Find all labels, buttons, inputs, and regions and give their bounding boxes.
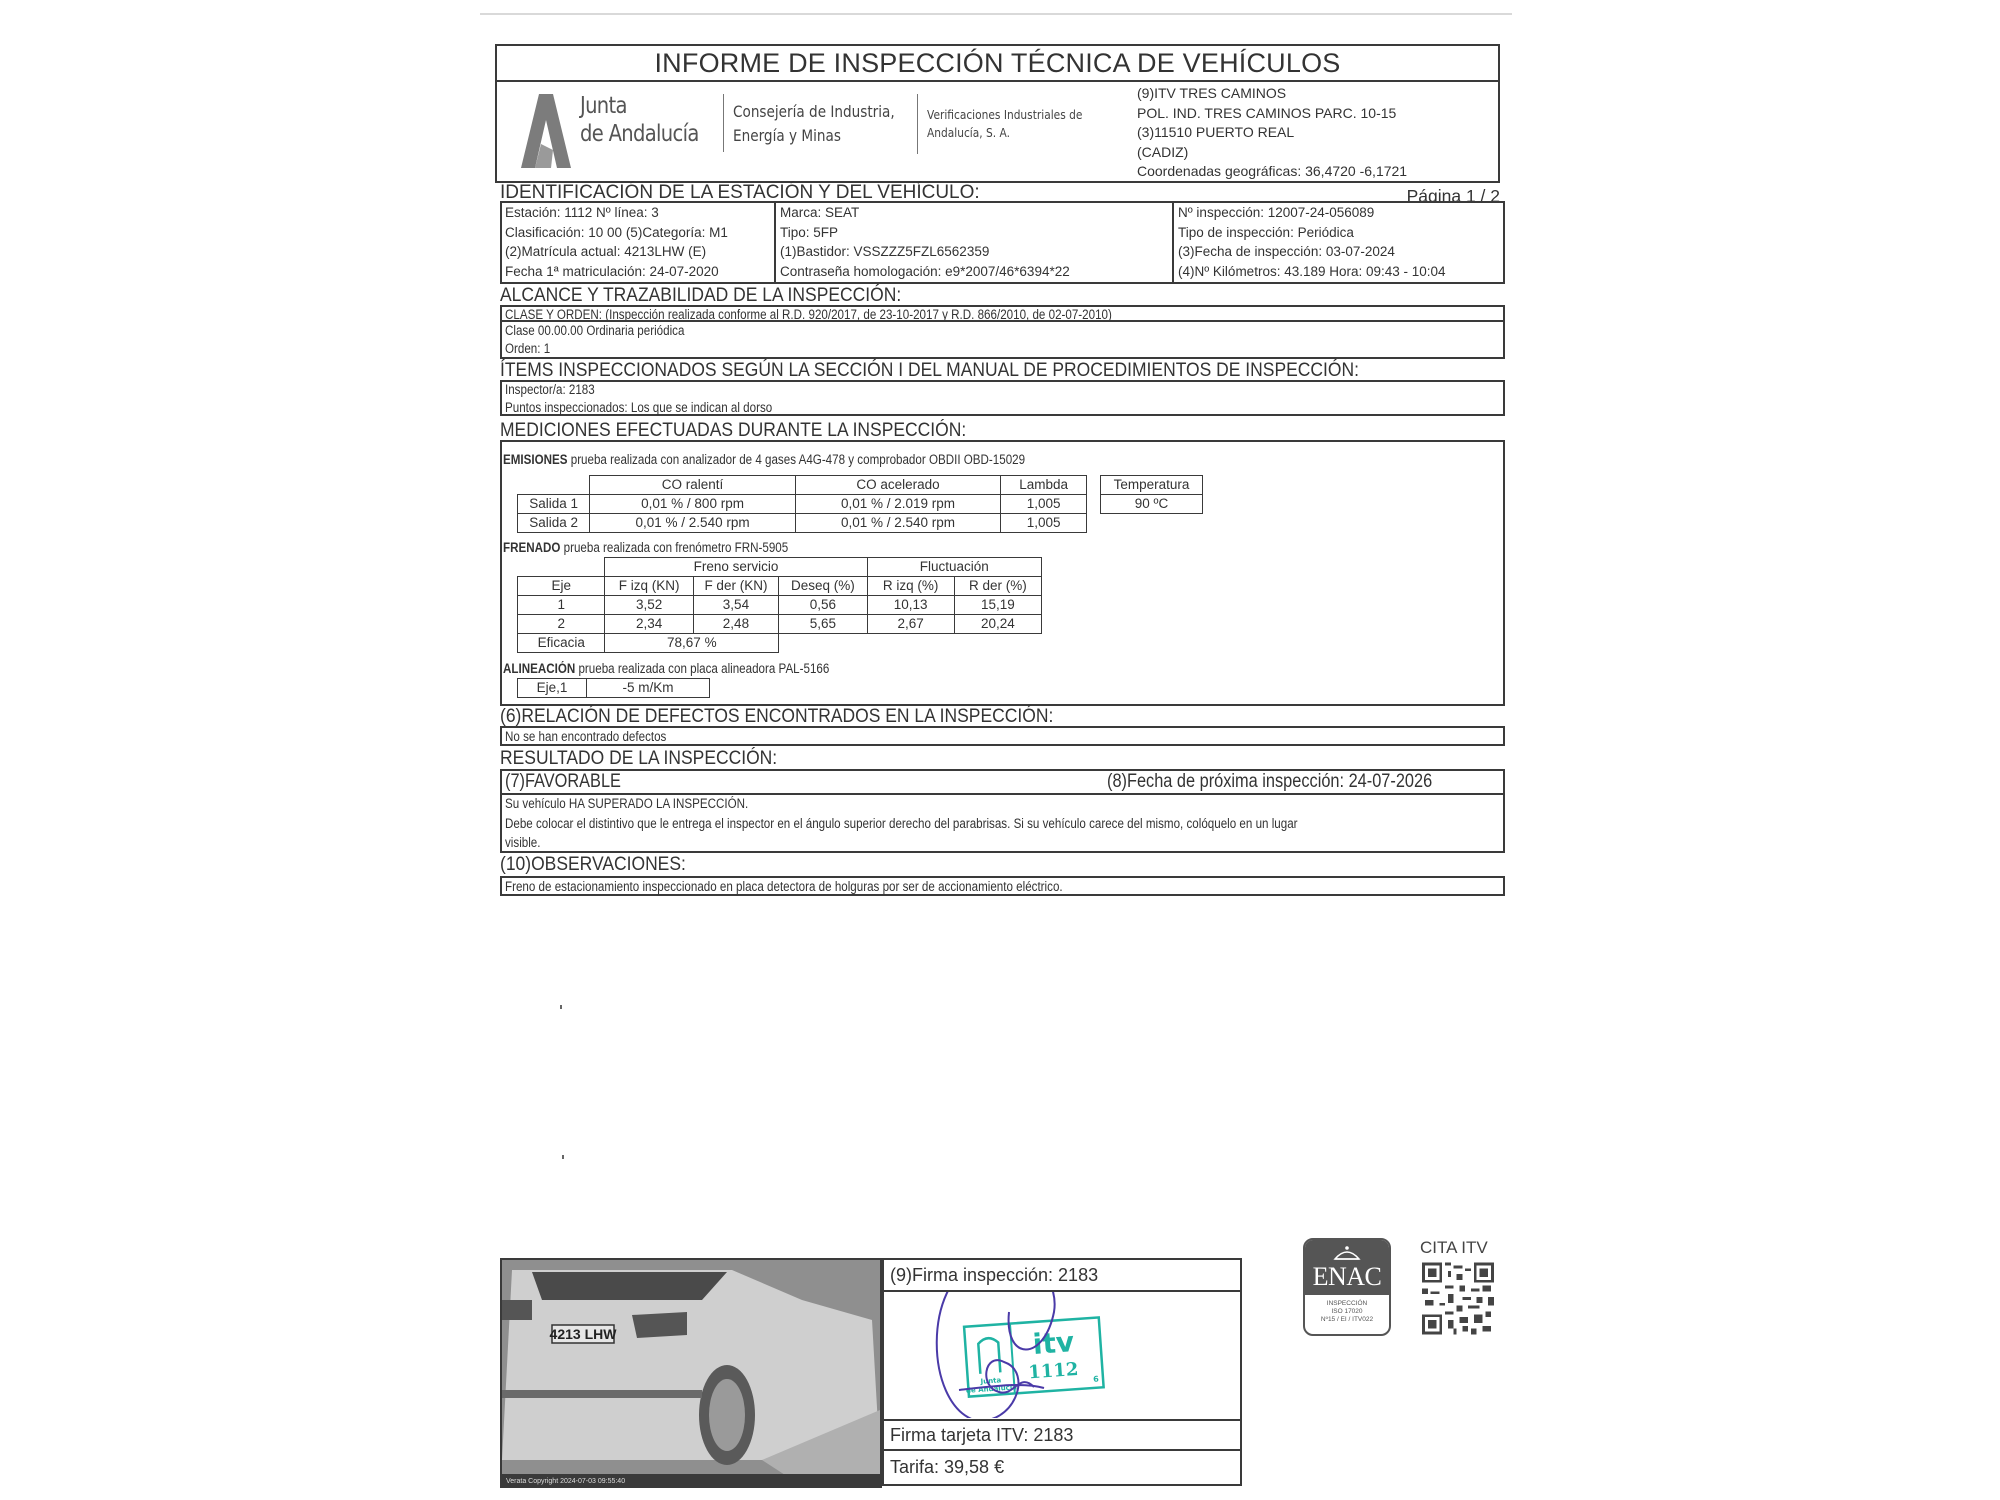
type-line: Tipo: 5FP	[780, 223, 838, 243]
puntos-text: Puntos inspeccionados: Los que se indica…	[505, 398, 772, 418]
efficacy-label: Eficacia	[518, 634, 605, 653]
vin-line: (1)Bastidor: VSSZZZ5FZL6562359	[780, 242, 989, 262]
km-time-line: (4)Nº Kilómetros: 43.189 Hora: 09:43 - 1…	[1178, 262, 1446, 282]
col-header: Deseq (%)	[779, 577, 867, 596]
result-text-box: Su vehículo HA SUPERADO LA INSPECCIÓN. D…	[500, 793, 1505, 853]
consejeria-line-2: Energía y Minas	[733, 124, 895, 148]
header-logos: Junta de Andalucía Consejería de Industr…	[495, 80, 1500, 183]
observations-box: Freno de estacionamiento inspeccionado e…	[500, 876, 1505, 896]
station-line: Estación: 1112 Nº línea: 3	[505, 203, 659, 223]
temperature-value: 90 ºC	[1101, 495, 1203, 514]
braking-desc: prueba realizada con frenómetro FRN-5905	[560, 540, 788, 555]
measurements-heading: MEDICIONES EFECTUADAS DURANTE LA INSPECC…	[500, 421, 966, 441]
brand-line: Marca: SEAT	[780, 203, 859, 223]
enac-badge: ENAC INSPECCIÓN ISO 17020 Nº15 / EI / IT…	[1303, 1238, 1391, 1336]
col-header: F izq (KN)	[605, 577, 693, 596]
consejeria-line-1: Consejería de Industria,	[733, 100, 895, 124]
next-inspection-date: (8)Fecha de próxima inspección: 24-07-20…	[1107, 772, 1432, 792]
address-line: POL. IND. TRES CAMINOS PARC. 10-15	[1137, 104, 1407, 124]
logo-line-1: Junta	[580, 92, 699, 120]
table-row: Salida 2 0,01 % / 2.540 rpm 0,01 % / 2.5…	[518, 514, 1087, 533]
itv-stamp-icon: Junta de Andalucía itv 1112 6	[884, 1292, 1240, 1418]
vehicle-photo: 4213 LHW Verata Copyright 2024-07-03 09:…	[500, 1258, 882, 1488]
items-box: Inspector/a: 2183 Puntos inspeccionados:…	[500, 380, 1505, 416]
col-header: CO ralentí	[590, 476, 795, 495]
station-address: (9)ITV TRES CAMINOS POL. IND. TRES CAMIN…	[1137, 84, 1407, 182]
clase-box: Clase 00.00.00 Ordinaria periódica Orden…	[500, 320, 1505, 359]
junta-andalucia-logo-icon	[519, 94, 571, 168]
firma-tarjeta: Firma tarjeta ITV: 2183	[884, 1421, 1240, 1451]
logo-line-2: de Andalucía	[580, 120, 699, 148]
alignment-desc: prueba realizada con placa alineadora PA…	[575, 661, 829, 676]
consejeria-text: Consejería de Industria, Energía y Minas	[733, 100, 895, 148]
inspector-text: Inspector/a: 2183	[505, 380, 595, 400]
address-line: (9)ITV TRES CAMINOS	[1137, 84, 1407, 104]
alignment-description: ALINEACIÓN prueba realizada con placa al…	[503, 659, 829, 679]
stamp-area: Junta de Andalucía itv 1112 6	[884, 1292, 1240, 1421]
signature-box: (9)Firma inspección: 2183 Junta de Andal…	[882, 1258, 1242, 1486]
verif-line-2: Andalucía, S. A.	[927, 124, 1082, 142]
braking-label: FRENADO	[503, 540, 560, 555]
identification-table: Estación: 1112 Nº línea: 3 Clasificación…	[500, 201, 1505, 284]
result-line-3: visible.	[505, 833, 540, 853]
column-divider	[1172, 203, 1174, 282]
defects-text: No se han encontrado defectos	[505, 727, 666, 747]
car-rear-illustration-icon: 4213 LHW Verata Copyright 2024-07-03 09:…	[502, 1260, 880, 1486]
svg-text:1112: 1112	[1028, 1359, 1079, 1383]
alignment-label: ALINEACIÓN	[503, 661, 575, 676]
group-header: Freno servicio	[605, 558, 867, 577]
classification-line: Clasificación: 10 00 (5)Categoría: M1	[505, 223, 728, 243]
tarifa: Tarifa: 39,58 €	[884, 1451, 1240, 1484]
address-line: (3)11510 PUERTO REAL	[1137, 123, 1407, 143]
header-separator	[917, 94, 918, 154]
emissions-label: EMISIONES	[503, 452, 568, 467]
col-header: Lambda	[1001, 476, 1087, 495]
first-registration-line: Fecha 1ª matriculación: 24-07-2020	[505, 262, 719, 282]
defects-box: No se han encontrado defectos	[500, 726, 1505, 746]
enac-wordmark: ENAC	[1305, 1262, 1389, 1292]
enac-accreditation: INSPECCIÓN ISO 17020 Nº15 / EI / ITV022	[1305, 1300, 1389, 1324]
document-title: INFORME DE INSPECCIÓN TÉCNICA DE VEHÍCUL…	[495, 44, 1500, 82]
col-header: F der (KN)	[693, 577, 778, 596]
braking-description: FRENADO prueba realizada con frenómetro …	[503, 538, 788, 558]
col-header: R der (%)	[954, 577, 1041, 596]
group-header: Fluctuación	[867, 558, 1041, 577]
crown-icon	[1332, 1245, 1362, 1261]
identification-heading: IDENTIFICACIÓN DE LA ESTACIÓN Y DEL VEHÍ…	[500, 183, 980, 203]
scan-speck	[560, 1005, 562, 1009]
column-divider	[774, 203, 776, 282]
temperature-table: Temperatura 90 ºC	[1100, 475, 1203, 514]
address-line: (CADIZ)	[1137, 143, 1407, 163]
scan-speck	[562, 1155, 564, 1159]
emissions-description: EMISIONES prueba realizada con analizado…	[503, 450, 1025, 470]
verif-line-1: Verificaciones Industriales de	[927, 106, 1082, 124]
efficacy-value: 78,67 %	[605, 634, 779, 653]
emissions-table: CO ralentí CO acelerado Lambda Salida 1 …	[517, 475, 1087, 533]
items-heading: ÍTEMS INSPECCIONADOS SEGÚN LA SECCIÓN I …	[500, 361, 1359, 381]
observations-text: Freno de estacionamiento inspeccionado e…	[505, 877, 1063, 897]
address-line: Coordenadas geográficas: 36,4720 -6,1721	[1137, 162, 1407, 182]
inspection-number-line: Nº inspección: 12007-24-056089	[1178, 203, 1374, 223]
temperature-label: Temperatura	[1101, 476, 1203, 495]
emissions-desc: prueba realizada con analizador de 4 gas…	[568, 452, 1026, 467]
clase-text: Clase 00.00.00 Ordinaria periódica	[505, 321, 684, 341]
page-top-rule	[480, 13, 1512, 15]
table-row: Eje,1 -5 m/Km	[518, 679, 710, 698]
inspection-type-line: Tipo de inspección: Periódica	[1178, 223, 1354, 243]
svg-text:Verata Copyright 2024-07-03 09: Verata Copyright 2024-07-03 09:55:40	[506, 1478, 625, 1485]
table-row: 2 2,34 2,48 5,65 2,67 20,24	[518, 615, 1042, 634]
svg-text:6: 6	[1093, 1375, 1100, 1384]
braking-table: Freno servicio Fluctuación Eje F izq (KN…	[517, 557, 1042, 653]
table-row: 1 3,52 3,54 0,56 10,13 15,19	[518, 596, 1042, 615]
svg-text:4213 LHW: 4213 LHW	[550, 1326, 618, 1342]
result-verdict-box: (7)FAVORABLE (8)Fecha de próxima inspecc…	[500, 769, 1505, 795]
col-header: R izq (%)	[867, 577, 954, 596]
result-line-1: Su vehículo HA SUPERADO LA INSPECCIÓN.	[505, 794, 748, 814]
scope-heading: ALCANCE Y TRAZABILIDAD DE LA INSPECCIÓN:	[500, 286, 901, 306]
verificaciones-text: Verificaciones Industriales de Andalucía…	[927, 106, 1082, 142]
table-row: Salida 1 0,01 % / 800 rpm 0,01 % / 2.019…	[518, 495, 1087, 514]
table-row: Eficacia 78,67 %	[518, 634, 1042, 653]
alignment-table: Eje,1 -5 m/Km	[517, 678, 710, 698]
header-separator	[723, 94, 724, 152]
result-line-2: Debe colocar el distintivo que le entreg…	[505, 814, 1298, 834]
cita-itv-label: CITA ITV	[1420, 1238, 1488, 1258]
defects-heading: (6)RELACIÓN DE DEFECTOS ENCONTRADOS EN L…	[500, 707, 1053, 727]
verdict: (7)FAVORABLE	[505, 772, 621, 792]
firma-inspeccion: (9)Firma inspección: 2183	[884, 1260, 1240, 1292]
inspection-date-line: (3)Fecha de inspección: 03-07-2024	[1178, 242, 1395, 262]
plate-line: (2)Matrícula actual: 4213LHW (E)	[505, 242, 706, 262]
result-heading: RESULTADO DE LA INSPECCIÓN:	[500, 749, 777, 769]
col-header: CO acelerado	[795, 476, 1000, 495]
observations-heading: (10)OBSERVACIONES:	[500, 855, 686, 875]
junta-wordmark: Junta de Andalucía	[580, 92, 699, 148]
homologation-line: Contraseña homologación: e9*2007/46*6394…	[780, 262, 1070, 282]
orden-text: Orden: 1	[505, 339, 550, 359]
qr-code-icon[interactable]	[1422, 1262, 1494, 1335]
col-header: Eje	[518, 577, 605, 596]
